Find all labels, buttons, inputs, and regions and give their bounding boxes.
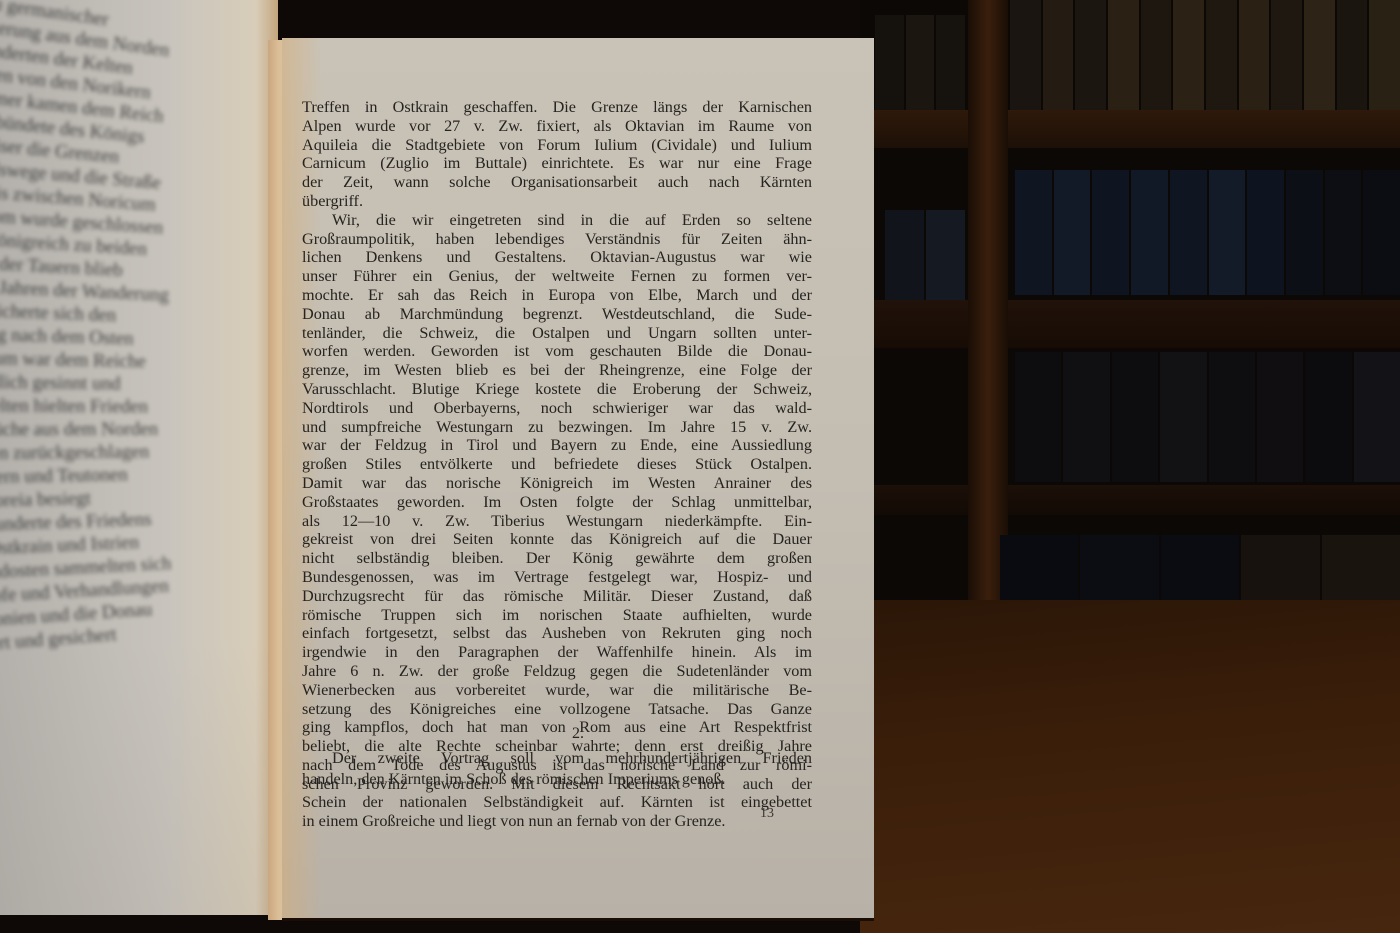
shelf-post-left — [968, 0, 1008, 620]
section-two-paragraph: Der zweite Vortrag soll vom mehrhundertj… — [302, 748, 812, 790]
section-number: 2. — [282, 725, 874, 743]
text-line: unser Führer ein Genius, der weltweite F… — [302, 267, 812, 286]
text-line: der Zeit, wann solche Organisationsarbei… — [302, 173, 812, 192]
text-line: Varusschlacht. Blutige Kriege kostete di… — [302, 380, 812, 399]
text-line: tenländer, die Schweiz, die Ostalpen und… — [302, 324, 812, 343]
text-line: Schein der nationalen Selbständigkeit au… — [302, 793, 812, 812]
text-line: Jahre 6 n. Zw. der große Feldzug gegen d… — [302, 662, 812, 681]
text-line: Aquileia die Stadtgebiete von Forum Iuli… — [302, 136, 812, 155]
text-line: worfen werden. Geworden ist vom geschaut… — [302, 342, 812, 361]
text-line: Großstaates geworden. Im Osten folgte de… — [302, 493, 812, 512]
wooden-table — [860, 600, 1400, 933]
lower-shelf-books — [1015, 352, 1400, 482]
text-line: großen Stiles entvölkerte und befriedete… — [302, 455, 812, 474]
text-line: grenze, im Westen blieb es bei der Rhein… — [302, 361, 812, 380]
text-line: als 12—10 v. Zw. Tiberius Westungarn nie… — [302, 512, 812, 531]
text-line: Der zweite Vortrag soll vom mehrhundertj… — [302, 748, 812, 769]
text-line: Wienerbecken aus vorbereitet wurde, war … — [302, 681, 812, 700]
text-line: Carnicum (Zuglio im Buttale) einrichtete… — [302, 154, 812, 173]
text-line: gekreist von drei Seiten konnte das Köni… — [302, 530, 812, 549]
text-line: Alpen wurde vor 27 v. Zw. fixiert, als O… — [302, 117, 812, 136]
text-line: Donau ab Marchmündung begrenzt. Westdeut… — [302, 305, 812, 324]
shelf-board-top — [860, 110, 1400, 148]
left-book-page: und von germanischerEinsickerung aus dem… — [0, 0, 278, 915]
text-line: in einem Großreiche und liegt von nun an… — [302, 812, 812, 831]
text-line: Nordtirols und Oberbayerns, noch schwier… — [302, 399, 812, 418]
text-line: römische Truppen sich im norischen Staat… — [302, 606, 812, 625]
page-number: 13 — [760, 806, 774, 822]
text-line: war der Feldzug in Tirol und Bayern zu E… — [302, 436, 812, 455]
text-line: irgendwie in den Paragraphen der Waffenh… — [302, 643, 812, 662]
right-book-page: Treffen in Ostkrain geschaffen. Die Gren… — [282, 38, 874, 918]
text-line: mochte. Er sah das Reich in Europa von E… — [302, 286, 812, 305]
text-line: Damit war das norische Königreich im Wes… — [302, 474, 812, 493]
text-line: einfach fortgesetzt, selbst das Ausheben… — [302, 624, 812, 643]
middle-shelf-books — [1015, 170, 1400, 295]
text-line: Wir, die wir eingetreten sind in die auf… — [302, 211, 812, 230]
text-line: Großraumpolitik, haben lebendiges Verstä… — [302, 230, 812, 249]
top-shelf-books — [1010, 0, 1400, 110]
text-line: übergriff. — [302, 192, 812, 211]
text-line: und sumpfreiche Westungarn zu bezwingen.… — [302, 418, 812, 437]
text-line: Durchzugsrecht für das römische Militär.… — [302, 587, 812, 606]
text-line: Treffen in Ostkrain geschaffen. Die Gren… — [302, 98, 812, 117]
text-line: handeln, den Kärnten im Schoß des römisc… — [302, 769, 812, 790]
left-page-shade — [0, 0, 278, 915]
text-line: nicht selbständig bleiben. Der König gew… — [302, 549, 812, 568]
shelf-board-lower — [860, 485, 1400, 515]
text-line: lichen Denkens und Gestaltens. Oktavian-… — [302, 248, 812, 267]
photo-scene: und von germanischerEinsickerung aus dem… — [0, 0, 1400, 933]
text-line: Bundesgenossen, was im Vertrage festgele… — [302, 568, 812, 587]
top-left-shelf-books — [875, 15, 965, 125]
shelf-board-middle — [860, 300, 1400, 348]
middle-left-shelf-books — [885, 210, 965, 300]
page-body-text: Treffen in Ostkrain geschaffen. Die Gren… — [302, 98, 812, 831]
text-line: setzung des Königreiches eine vollzogene… — [302, 700, 812, 719]
